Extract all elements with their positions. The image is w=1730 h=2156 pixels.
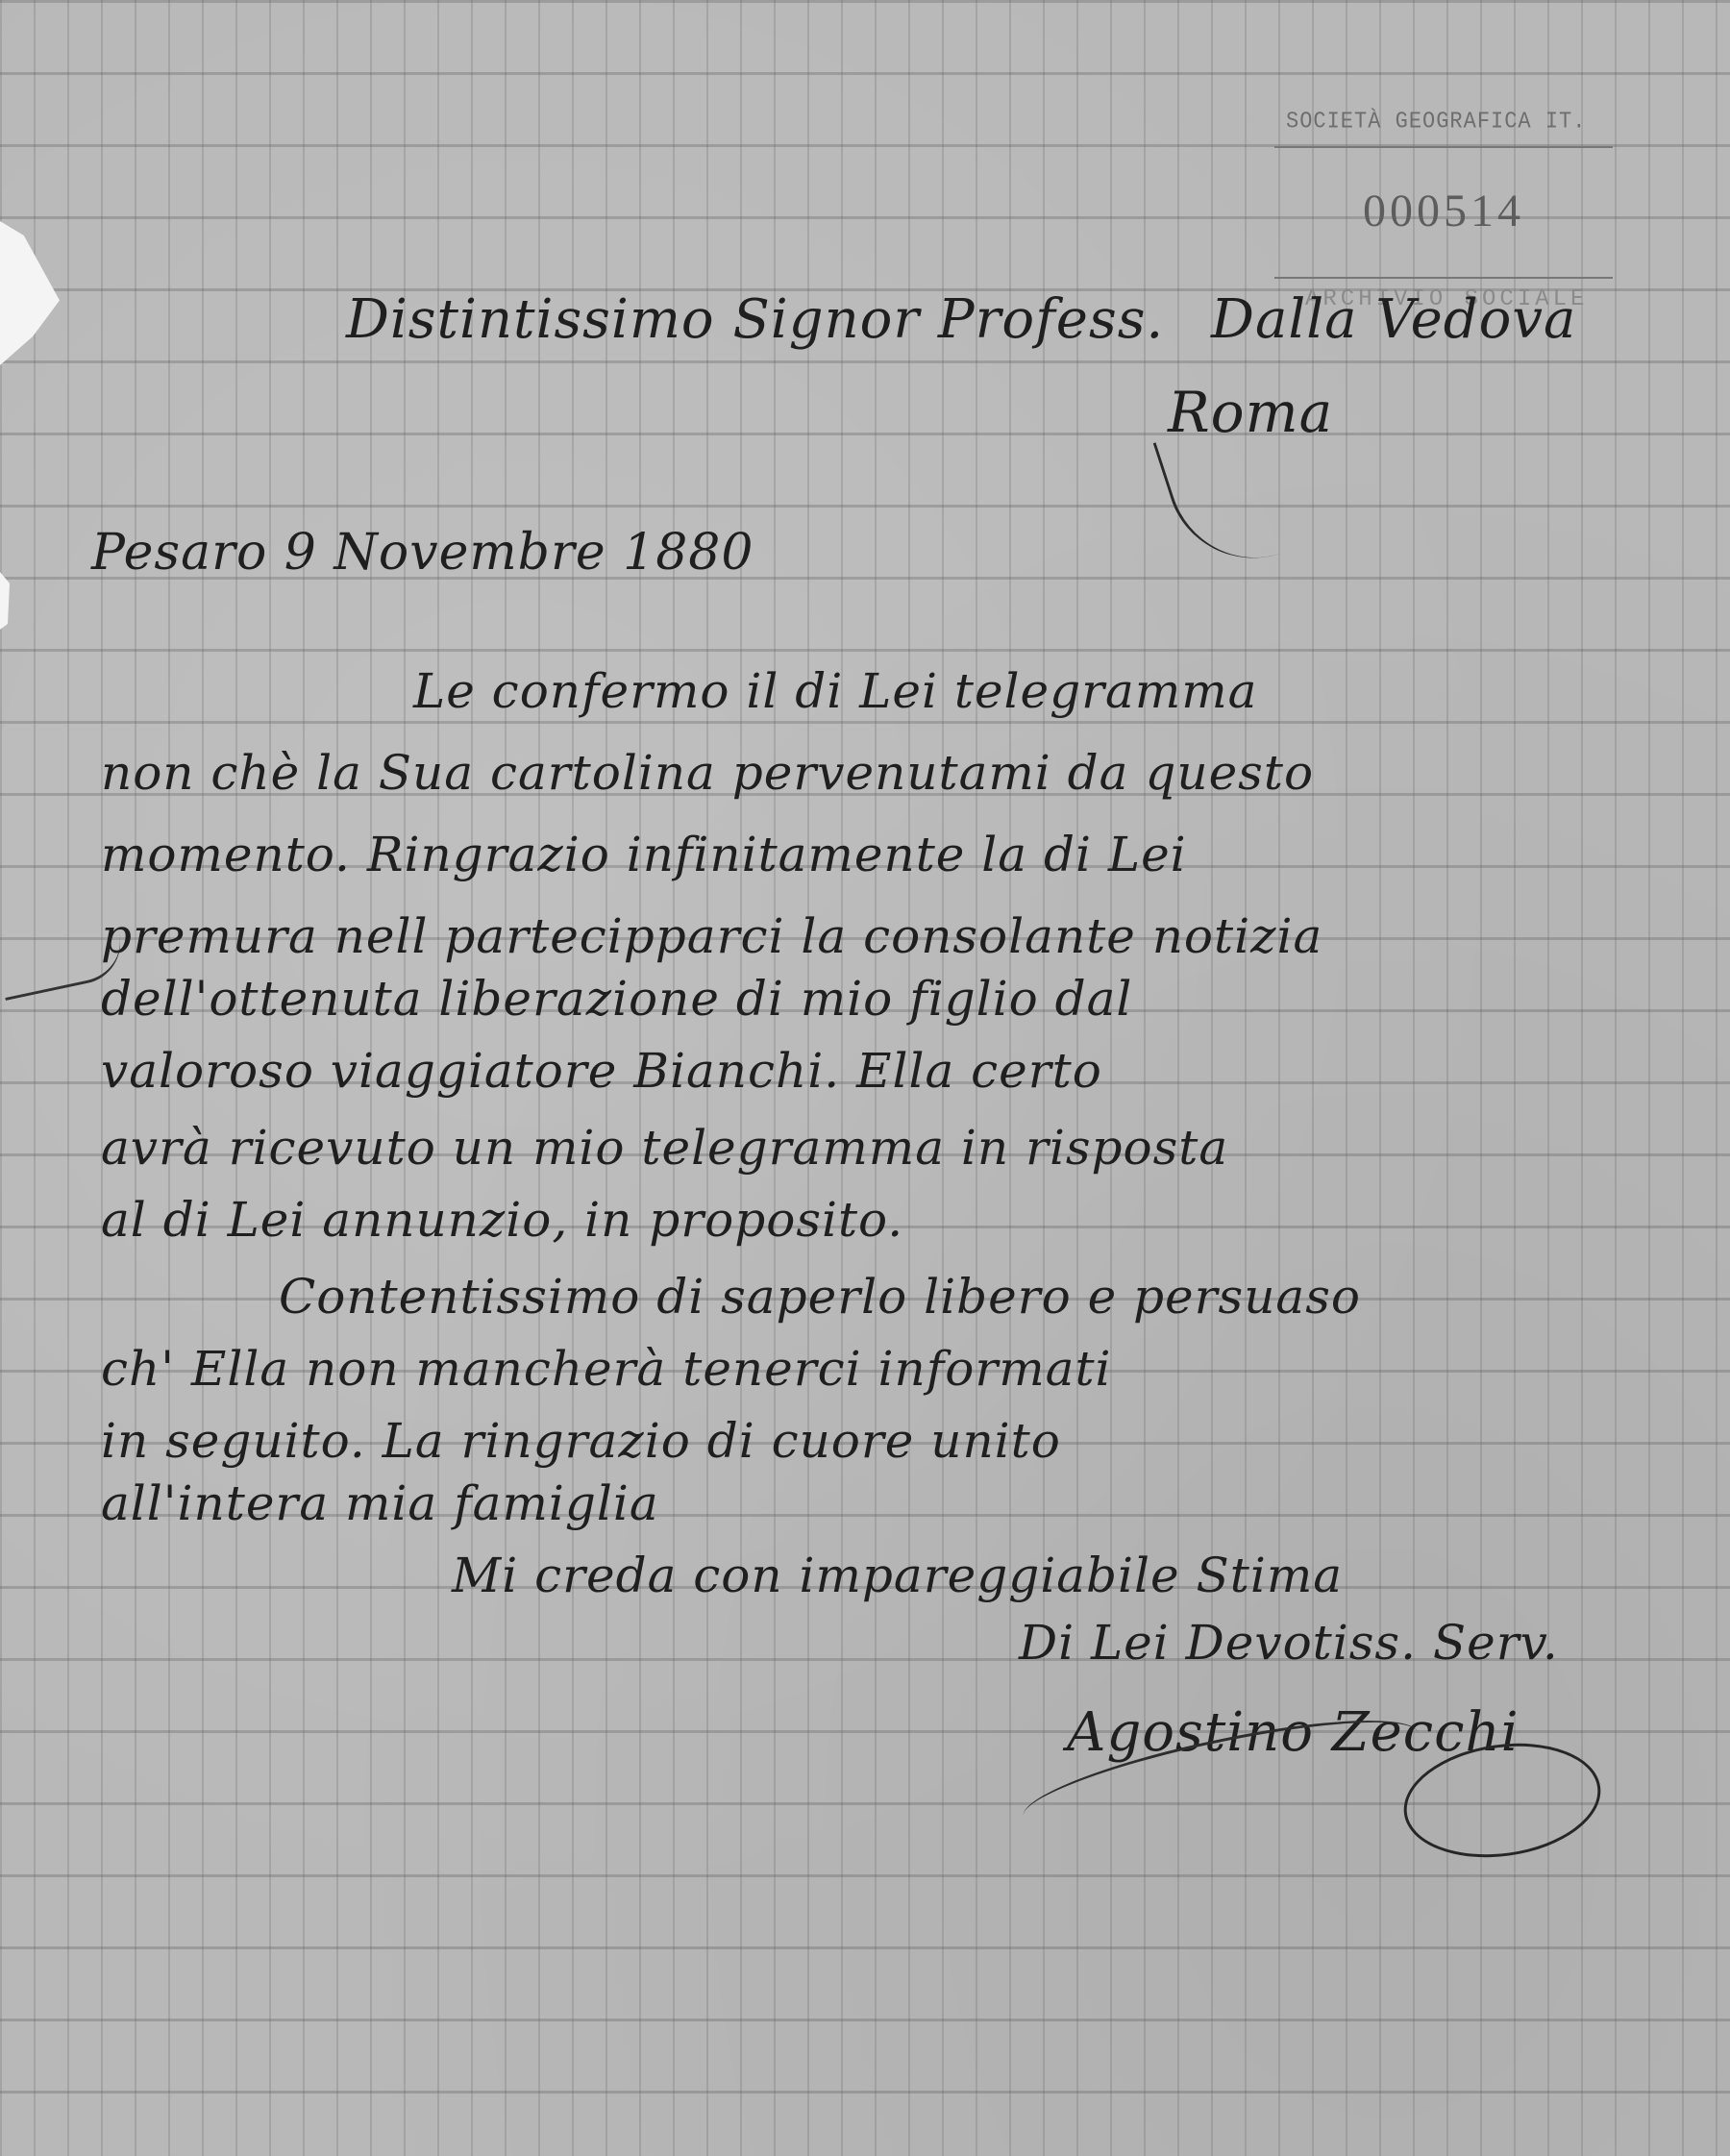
stamp-society-text: SOCIETÀ GEOGRAFICA IT. <box>1286 109 1586 136</box>
addressee-name: Dalla Vedova <box>1211 288 1576 351</box>
stamp-rule-bottom <box>1274 277 1613 279</box>
body-line: al di Lei annunzio, in proposito. <box>101 1192 903 1248</box>
body-line: momento. Ringrazio infinitamente la di L… <box>101 827 1187 882</box>
body-line: premura nell partecipparci la consolante… <box>101 908 1322 964</box>
body-line: Le confermo il di Lei telegramma <box>413 663 1257 719</box>
body-line: all'intera mia famiglia <box>101 1475 659 1531</box>
signature-lead: Di Lei Devotiss. Serv. <box>1019 1615 1559 1671</box>
stamp-rule-top <box>1274 146 1613 148</box>
addressee-heading: Distintissimo Signor Profess. Dalla Vedo… <box>346 288 1576 351</box>
closing-line: Mi creda con impareggiabile Stima <box>452 1548 1343 1603</box>
letter-page: SOCIETÀ GEOGRAFICA IT. 000514 ARCHIVIO S… <box>0 0 1730 2156</box>
body-line: valoroso viaggiatore Bianchi. Ella certo <box>101 1043 1102 1099</box>
body-line: dell'ottenuta liberazione di mio figlio … <box>101 971 1132 1027</box>
body-line: Contentissimo di saperlo libero e persua… <box>279 1269 1361 1325</box>
stamp-number: 000514 <box>1363 185 1524 237</box>
body-line: non chè la Sua cartolina pervenutami da … <box>101 745 1314 801</box>
body-line: in seguito. La ringrazio di cuore unito <box>101 1413 1061 1469</box>
archive-stamp: SOCIETÀ GEOGRAFICA IT. 000514 ARCHIVIO S… <box>1267 106 1613 298</box>
body-line: ch' Ella non mancherà tenerci informati <box>101 1341 1112 1397</box>
torn-edge <box>0 221 60 365</box>
dateline: Pesaro 9 Novembre 1880 <box>91 524 754 582</box>
salutation: Distintissimo Signor Profess. <box>346 288 1164 351</box>
body-line: avrà ricevuto un mio telegramma in rispo… <box>101 1120 1228 1176</box>
torn-edge <box>0 572 10 630</box>
